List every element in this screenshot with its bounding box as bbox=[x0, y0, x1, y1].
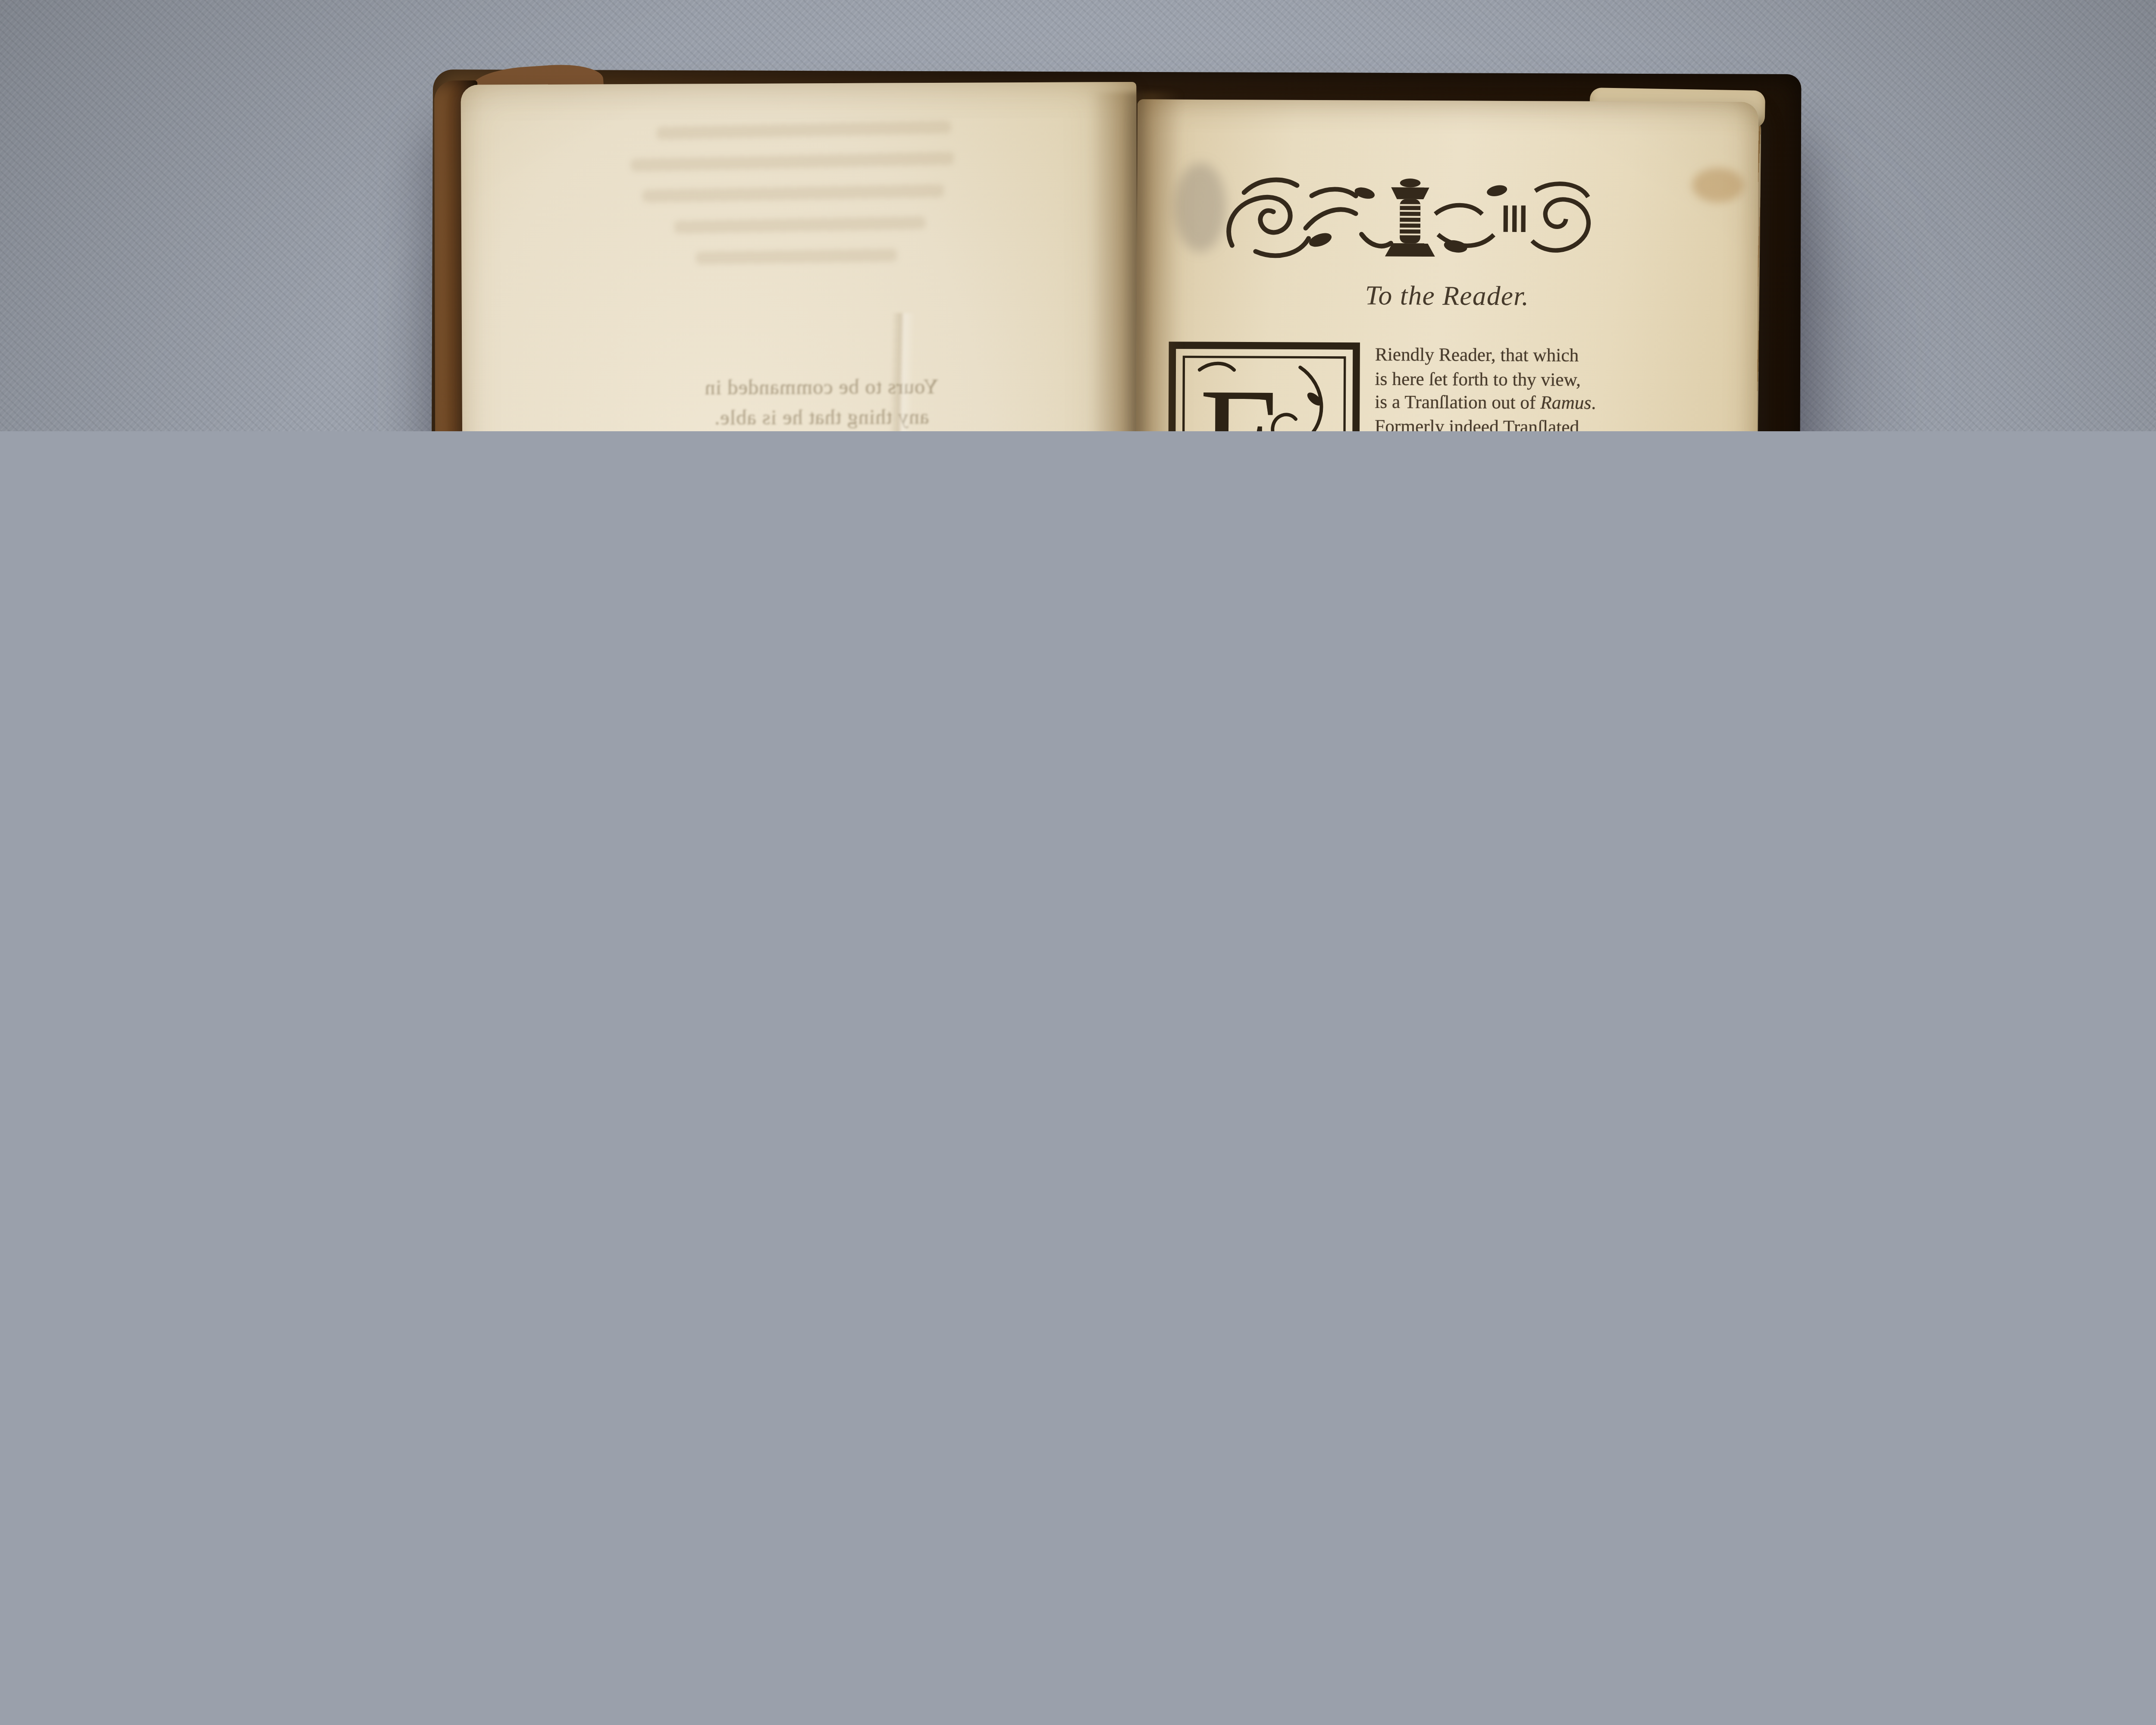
woodcut-drop-cap: F bbox=[1167, 341, 1361, 431]
text-block: F Riendly Reader, that whichis here ſet … bbox=[1166, 341, 1651, 431]
showthrough-line: Yours to be commanded in bbox=[627, 373, 1015, 405]
text-line: Formerly indeed Tranſlated bbox=[1375, 415, 1651, 431]
showthrough-illegible-block bbox=[630, 123, 976, 282]
showthrough-text: Yours to be commanded in any thing that … bbox=[627, 373, 1016, 431]
drop-cap-letter: F bbox=[1199, 359, 1278, 431]
drop-cap-icon: F bbox=[1167, 341, 1361, 431]
showthrough-line: any thing that he is able. bbox=[627, 403, 1015, 431]
woodcut-headpiece bbox=[1217, 169, 1603, 274]
text-line: is a Tranſlation out of Ramus. bbox=[1375, 391, 1651, 416]
left-page: Yours to be commanded in any thing that … bbox=[461, 82, 1141, 431]
foxing-spot bbox=[1692, 168, 1744, 203]
page-title: To the Reader. bbox=[1137, 280, 1758, 315]
photo-stage: Yours to be commanded in any thing that … bbox=[0, 0, 2156, 431]
text-line: is here ſet forth to thy view, bbox=[1375, 367, 1651, 392]
text-lines-indented: Riendly Reader, that whichis here ſet fo… bbox=[1374, 342, 1651, 431]
right-page: To the Reader. bbox=[1134, 99, 1758, 431]
headpiece-ornament-icon bbox=[1217, 169, 1603, 274]
text-line: Riendly Reader, that which bbox=[1375, 343, 1651, 368]
